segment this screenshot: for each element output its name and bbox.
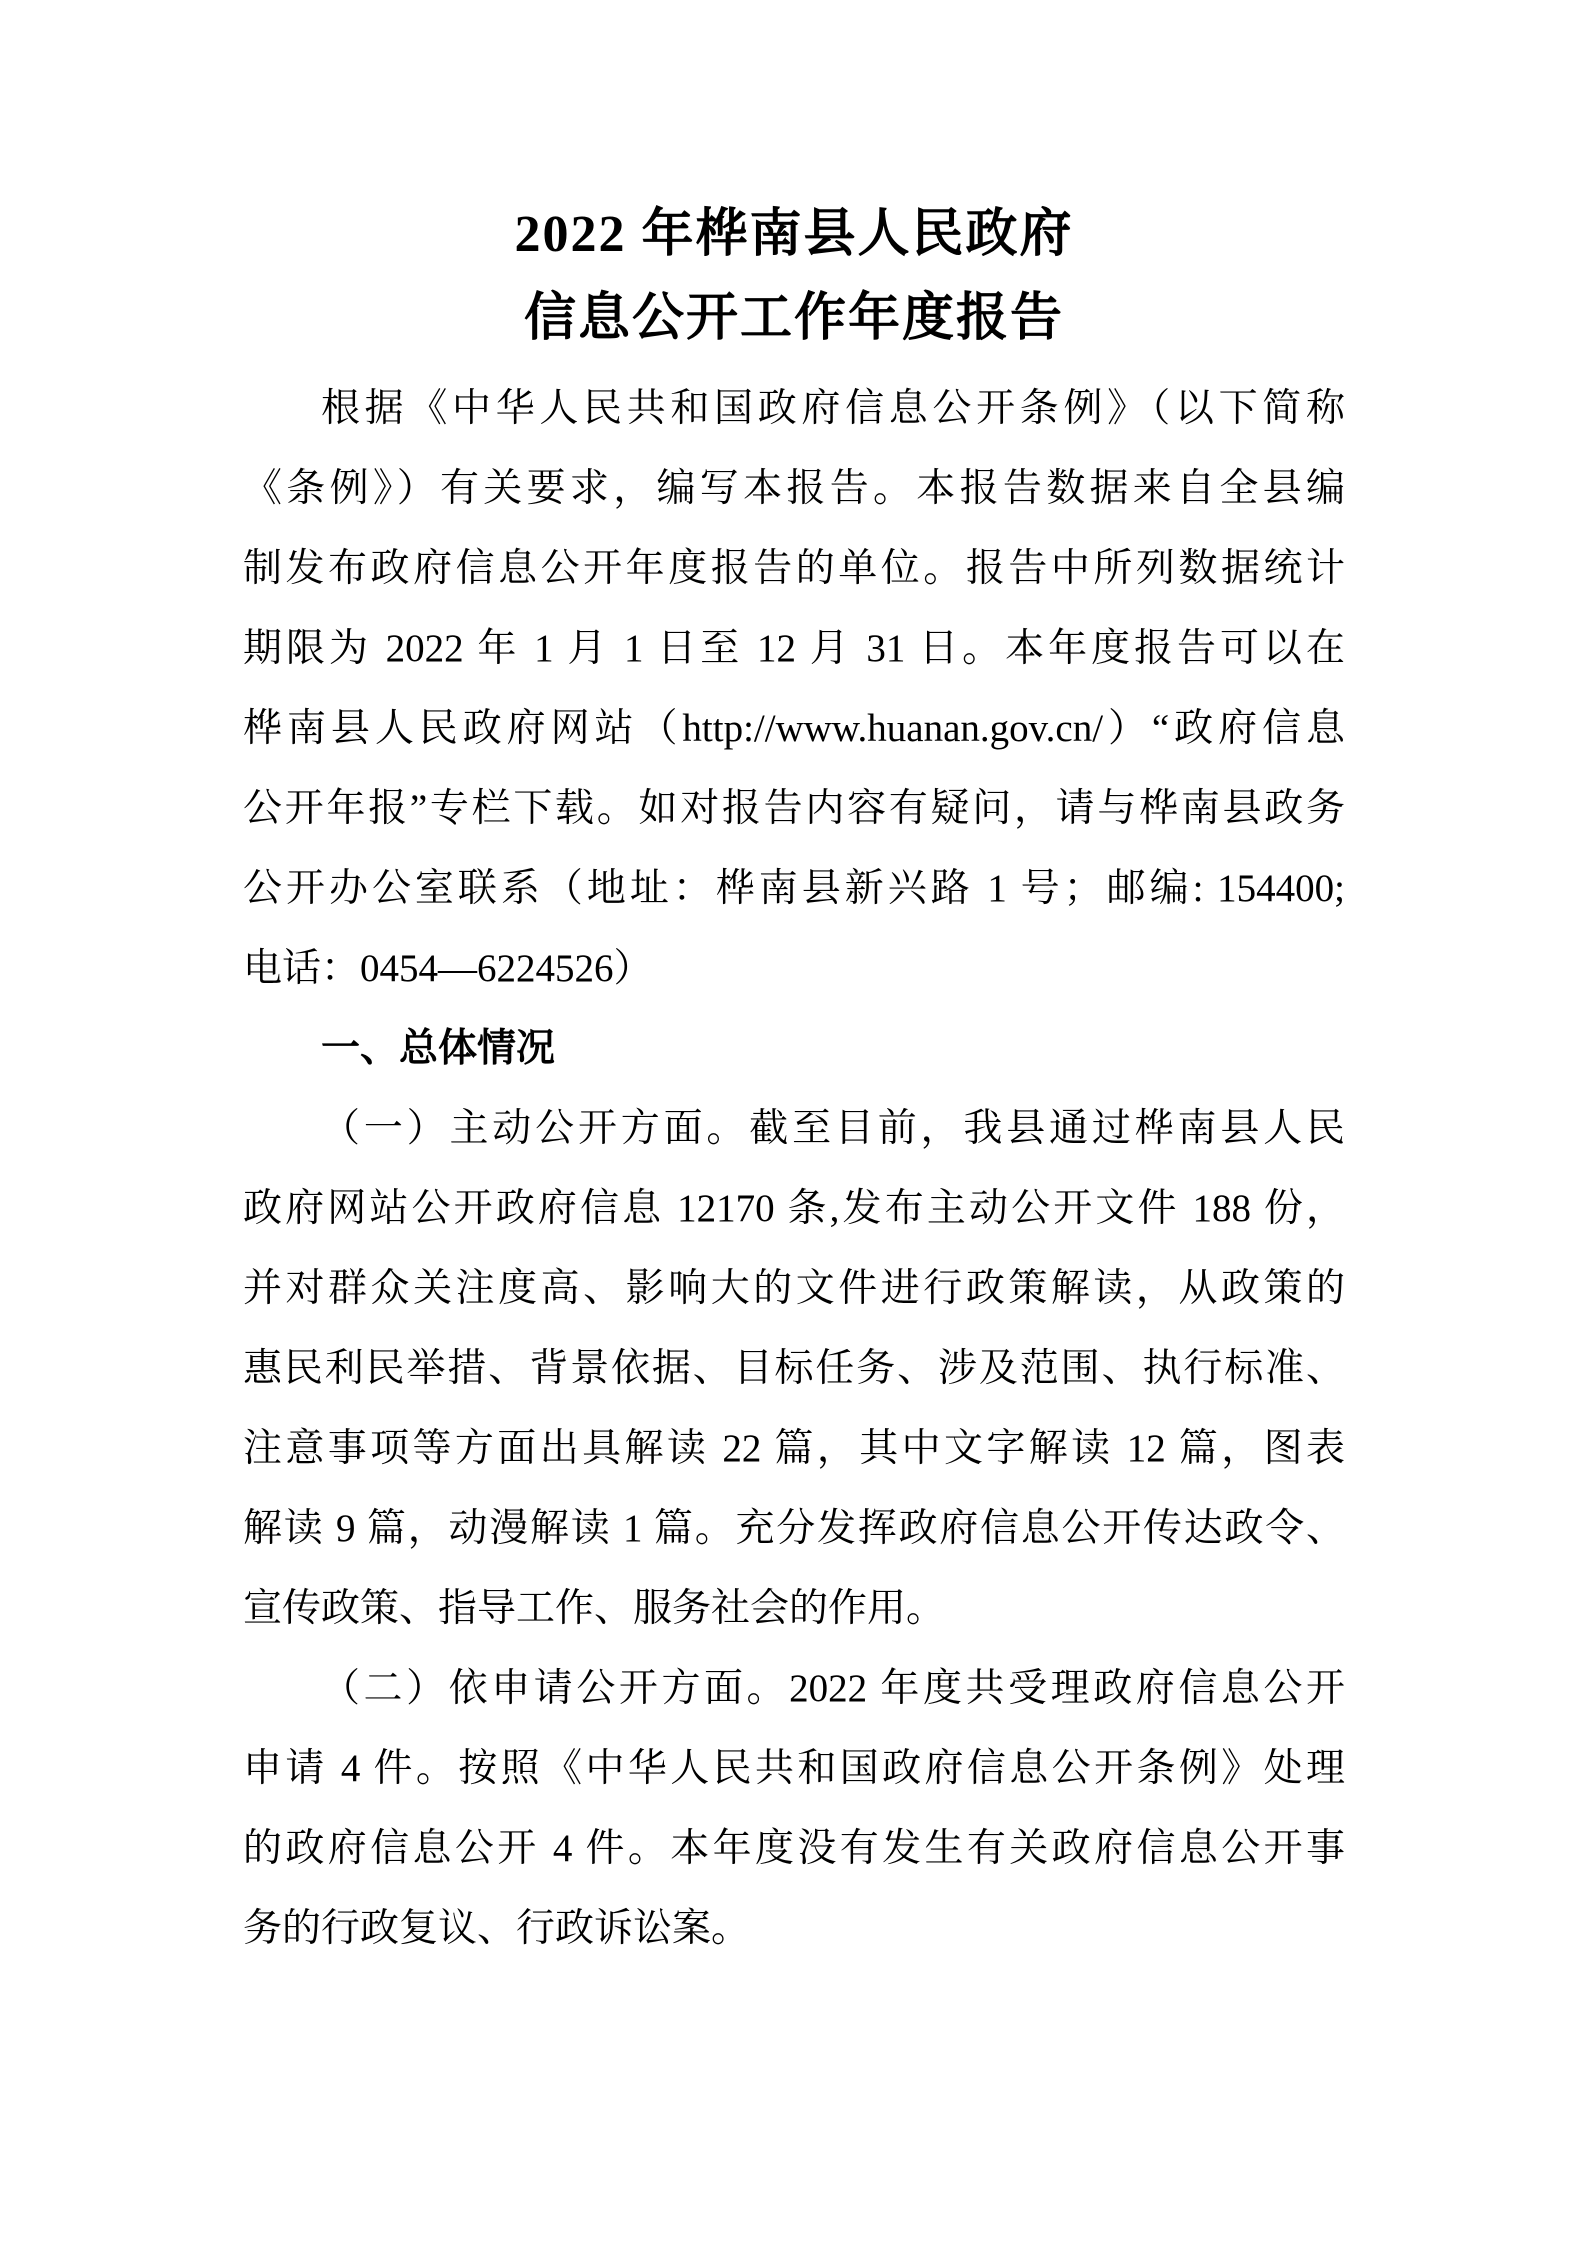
- document-body: 根据《中华人民共和国政府信息公开条例》（以下简称《条例》）有关要求，编写本报告。…: [243, 369, 1345, 1969]
- text-line: 宣传政策、指导工作、服务社会的作用。: [243, 1569, 1345, 1649]
- text-line: 务的行政复议、行政诉讼案。: [243, 1889, 1345, 1969]
- document-content: 2022 年桦南县人民政府 信息公开工作年度报告 根据《中华人民共和国政府信息公…: [243, 0, 1345, 1969]
- text-line: 并对群众关注度高、影响大的文件进行政策解读，从政策的: [243, 1249, 1345, 1329]
- text-line: 公开办公室联系（地址：桦南县新兴路 1 号；邮编: 154400;: [243, 849, 1345, 929]
- paragraph-intro: 根据《中华人民共和国政府信息公开条例》（以下简称《条例》）有关要求，编写本报告。…: [243, 369, 1345, 1009]
- text-line: 制发布政府信息公开年度报告的单位。报告中所列数据统计: [243, 529, 1345, 609]
- text-line: （一）主动公开方面。截至目前，我县通过桦南县人民: [243, 1089, 1345, 1169]
- text-line: 公开年报”专栏下载。如对报告内容有疑问，请与桦南县政务: [243, 769, 1345, 849]
- text-line: 申请 4 件。按照《中华人民共和国政府信息公开条例》处理: [243, 1729, 1345, 1809]
- title-line-1: 2022 年桦南县人民政府: [243, 193, 1345, 277]
- text-line: 根据《中华人民共和国政府信息公开条例》（以下简称: [243, 369, 1345, 449]
- paragraph-on-request-disclosure: （二）依申请公开方面。2022 年度共受理政府信息公开申请 4 件。按照《中华人…: [243, 1649, 1345, 1969]
- text-line: 期限为 2022 年 1 月 1 日至 12 月 31 日。本年度报告可以在: [243, 609, 1345, 689]
- text-line: 电话：0454—6224526）: [243, 929, 1345, 1009]
- paragraph-proactive-disclosure: （一）主动公开方面。截至目前，我县通过桦南县人民政府网站公开政府信息 12170…: [243, 1089, 1345, 1649]
- section-heading-overview: 一、总体情况: [243, 1009, 1345, 1089]
- text-line: 《条例》）有关要求，编写本报告。本报告数据来自全县编: [243, 449, 1345, 529]
- text-line: 的政府信息公开 4 件。本年度没有发生有关政府信息公开事: [243, 1809, 1345, 1889]
- document-title: 2022 年桦南县人民政府 信息公开工作年度报告: [243, 193, 1345, 361]
- title-line-2: 信息公开工作年度报告: [243, 277, 1345, 361]
- text-line: 惠民利民举措、背景依据、目标任务、涉及范围、执行标准、: [243, 1329, 1345, 1409]
- text-line: 解读 9 篇，动漫解读 1 篇。充分发挥政府信息公开传达政令、: [243, 1489, 1345, 1569]
- text-line: 政府网站公开政府信息 12170 条,发布主动公开文件 188 份，: [243, 1169, 1345, 1249]
- text-line: 注意事项等方面出具解读 22 篇，其中文字解读 12 篇，图表: [243, 1409, 1345, 1489]
- document-page: 2022 年桦南县人民政府 信息公开工作年度报告 根据《中华人民共和国政府信息公…: [0, 0, 1587, 2245]
- text-line: 桦南县人民政府网站（http://www.huanan.gov.cn/）“政府信…: [243, 689, 1345, 769]
- text-line: （二）依申请公开方面。2022 年度共受理政府信息公开: [243, 1649, 1345, 1729]
- text-line: 一、总体情况: [243, 1009, 1345, 1089]
